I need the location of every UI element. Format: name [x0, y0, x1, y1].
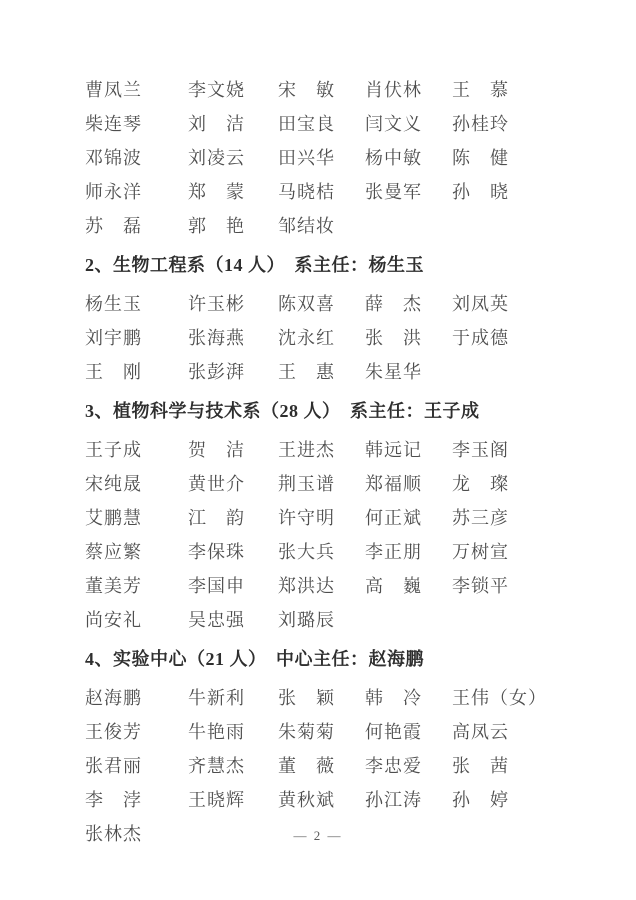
name-cell: 张 茜	[452, 752, 537, 778]
name-cell: 王俊芳	[85, 718, 188, 744]
name-cell: 田兴华	[278, 144, 365, 170]
name-row: 邓锦波刘凌云田兴华杨中敏陈 健	[85, 140, 555, 174]
section-heading: 4、实验中心（21 人） 中心主任：赵海鹏	[85, 645, 555, 671]
name-cell: 高 巍	[365, 572, 452, 598]
name-cell: 韩远记	[365, 436, 452, 462]
name-cell: 张彭湃	[188, 358, 278, 384]
name-cell: 许守明	[278, 504, 365, 530]
name-cell: 王进杰	[278, 436, 365, 462]
name-cell: 韩 冷	[365, 684, 452, 710]
name-cell: 黄世介	[188, 470, 278, 496]
name-cell: 刘璐辰	[278, 606, 365, 632]
name-cell: 陈双喜	[278, 290, 365, 316]
name-cell: 刘宇鹏	[85, 324, 188, 350]
name-row: 杨生玉许玉彬陈双喜薛 杰刘凤英	[85, 286, 555, 320]
name-cell: 闫文义	[365, 110, 452, 136]
name-cell: 张 洪	[365, 324, 452, 350]
name-cell: 何正斌	[365, 504, 452, 530]
name-cell: 王 慕	[452, 76, 537, 102]
name-cell: 苏三彦	[452, 504, 537, 530]
name-row: 艾鹏慧江 韵许守明何正斌苏三彦	[85, 500, 555, 534]
name-cell: 师永洋	[85, 178, 188, 204]
name-cell: 牛新利	[188, 684, 278, 710]
name-cell: 万树宣	[452, 538, 537, 564]
name-row: 柴连琴刘 洁田宝良闫文义孙桂玲	[85, 106, 555, 140]
name-cell: 沈永红	[278, 324, 365, 350]
section-heading: 2、生物工程系（14 人） 系主任：杨生玉	[85, 251, 555, 277]
name-cell: 刘凤英	[452, 290, 537, 316]
name-cell: 孙江涛	[365, 786, 452, 812]
document-page: 曹凤兰李文娆宋 敏肖伏林王 慕柴连琴刘 洁田宝良闫文义孙桂玲邓锦波刘凌云田兴华杨…	[0, 0, 636, 900]
name-cell: 陈 健	[452, 144, 537, 170]
name-cell: 刘 洁	[188, 110, 278, 136]
name-cell: 孙桂玲	[452, 110, 537, 136]
name-cell: 许玉彬	[188, 290, 278, 316]
name-row: 曹凤兰李文娆宋 敏肖伏林王 慕	[85, 72, 555, 106]
name-cell: 王 惠	[278, 358, 365, 384]
name-cell: 郑洪达	[278, 572, 365, 598]
name-cell: 曹凤兰	[85, 76, 188, 102]
name-cell: 杨生玉	[85, 290, 188, 316]
name-cell: 郑福顺	[365, 470, 452, 496]
name-cell: 蔡应繁	[85, 538, 188, 564]
name-cell: 刘凌云	[188, 144, 278, 170]
name-row: 宋纯晟黄世介荆玉谱郑福顺龙 璨	[85, 466, 555, 500]
name-cell: 张大兵	[278, 538, 365, 564]
name-cell: 宋纯晟	[85, 470, 188, 496]
name-cell: 龙 璨	[452, 470, 537, 496]
document-body: 曹凤兰李文娆宋 敏肖伏林王 慕柴连琴刘 洁田宝良闫文义孙桂玲邓锦波刘凌云田兴华杨…	[85, 72, 555, 850]
name-cell: 李文娆	[188, 76, 278, 102]
name-cell: 王子成	[85, 436, 188, 462]
name-cell: 王伟（女）	[452, 684, 537, 710]
name-cell: 贺 洁	[188, 436, 278, 462]
name-cell: 高凤云	[452, 718, 537, 744]
name-row: 张君丽齐慧杰董 薇李忠爱张 茜	[85, 748, 555, 782]
name-row: 刘宇鹏张海燕沈永红张 洪于成德	[85, 320, 555, 354]
name-cell: 孙 婷	[452, 786, 537, 812]
name-cell: 吴忠强	[188, 606, 278, 632]
name-cell: 张海燕	[188, 324, 278, 350]
name-cell: 孙 晓	[452, 178, 537, 204]
name-row: 王 刚张彭湃王 惠朱星华	[85, 354, 555, 388]
name-cell: 赵海鹏	[85, 684, 188, 710]
name-cell: 于成德	[452, 324, 537, 350]
name-row: 师永洋郑 蒙马晓桔张曼军孙 晓	[85, 174, 555, 208]
name-row: 赵海鹏牛新利张 颖韩 冷王伟（女）	[85, 680, 555, 714]
name-row: 李 浡王晓辉黄秋斌孙江涛孙 婷	[85, 782, 555, 816]
name-cell: 董 薇	[278, 752, 365, 778]
name-cell: 牛艳雨	[188, 718, 278, 744]
name-cell: 李忠爱	[365, 752, 452, 778]
name-cell: 肖伏林	[365, 76, 452, 102]
name-cell: 邹结妆	[278, 212, 365, 238]
page-number: — 2 —	[0, 828, 636, 844]
name-row: 苏 磊郭 艳邹结妆	[85, 208, 555, 242]
name-cell: 李 浡	[85, 786, 188, 812]
name-cell: 李玉阁	[452, 436, 537, 462]
name-cell: 宋 敏	[278, 76, 365, 102]
section-heading: 3、植物科学与技术系（28 人） 系主任：王子成	[85, 397, 555, 423]
name-cell: 苏 磊	[85, 212, 188, 238]
name-cell: 张 颖	[278, 684, 365, 710]
name-cell: 李锁平	[452, 572, 537, 598]
name-row: 蔡应繁李保珠张大兵李正朋万树宣	[85, 534, 555, 568]
name-cell: 齐慧杰	[188, 752, 278, 778]
name-cell: 郑 蒙	[188, 178, 278, 204]
name-cell: 荆玉谱	[278, 470, 365, 496]
name-cell: 艾鹏慧	[85, 504, 188, 530]
name-cell: 邓锦波	[85, 144, 188, 170]
name-cell: 张君丽	[85, 752, 188, 778]
name-cell: 薛 杰	[365, 290, 452, 316]
name-cell: 张曼军	[365, 178, 452, 204]
name-cell: 王晓辉	[188, 786, 278, 812]
name-cell: 朱星华	[365, 358, 452, 384]
name-cell: 马晓桔	[278, 178, 365, 204]
name-row: 尚安礼吴忠强刘璐辰	[85, 602, 555, 636]
name-row: 董美芳李国申郑洪达高 巍李锁平	[85, 568, 555, 602]
name-row: 王子成贺 洁王进杰韩远记李玉阁	[85, 432, 555, 466]
name-row: 王俊芳牛艳雨朱菊菊何艳霞高凤云	[85, 714, 555, 748]
name-cell: 江 韵	[188, 504, 278, 530]
name-cell: 黄秋斌	[278, 786, 365, 812]
name-cell: 董美芳	[85, 572, 188, 598]
name-cell: 李保珠	[188, 538, 278, 564]
name-cell: 李正朋	[365, 538, 452, 564]
name-cell: 田宝良	[278, 110, 365, 136]
name-cell: 李国申	[188, 572, 278, 598]
name-cell: 柴连琴	[85, 110, 188, 136]
name-cell: 杨中敏	[365, 144, 452, 170]
name-cell: 尚安礼	[85, 606, 188, 632]
name-cell: 何艳霞	[365, 718, 452, 744]
name-cell: 朱菊菊	[278, 718, 365, 744]
name-cell: 王 刚	[85, 358, 188, 384]
name-cell: 郭 艳	[188, 212, 278, 238]
